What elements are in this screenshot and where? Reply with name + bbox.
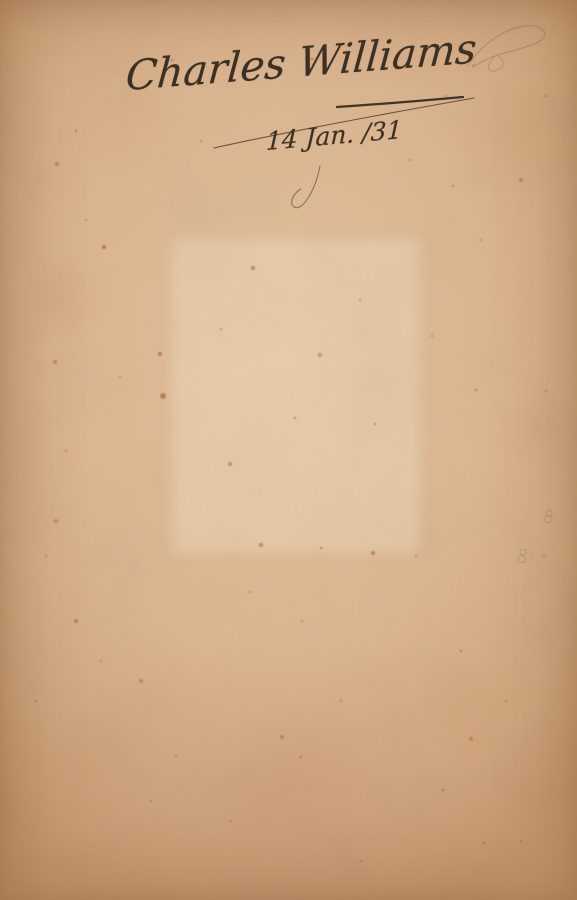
- edge-vignette: [0, 0, 577, 900]
- book-endpaper-photo: Charles Williams 14 Jan. /31: [0, 0, 577, 900]
